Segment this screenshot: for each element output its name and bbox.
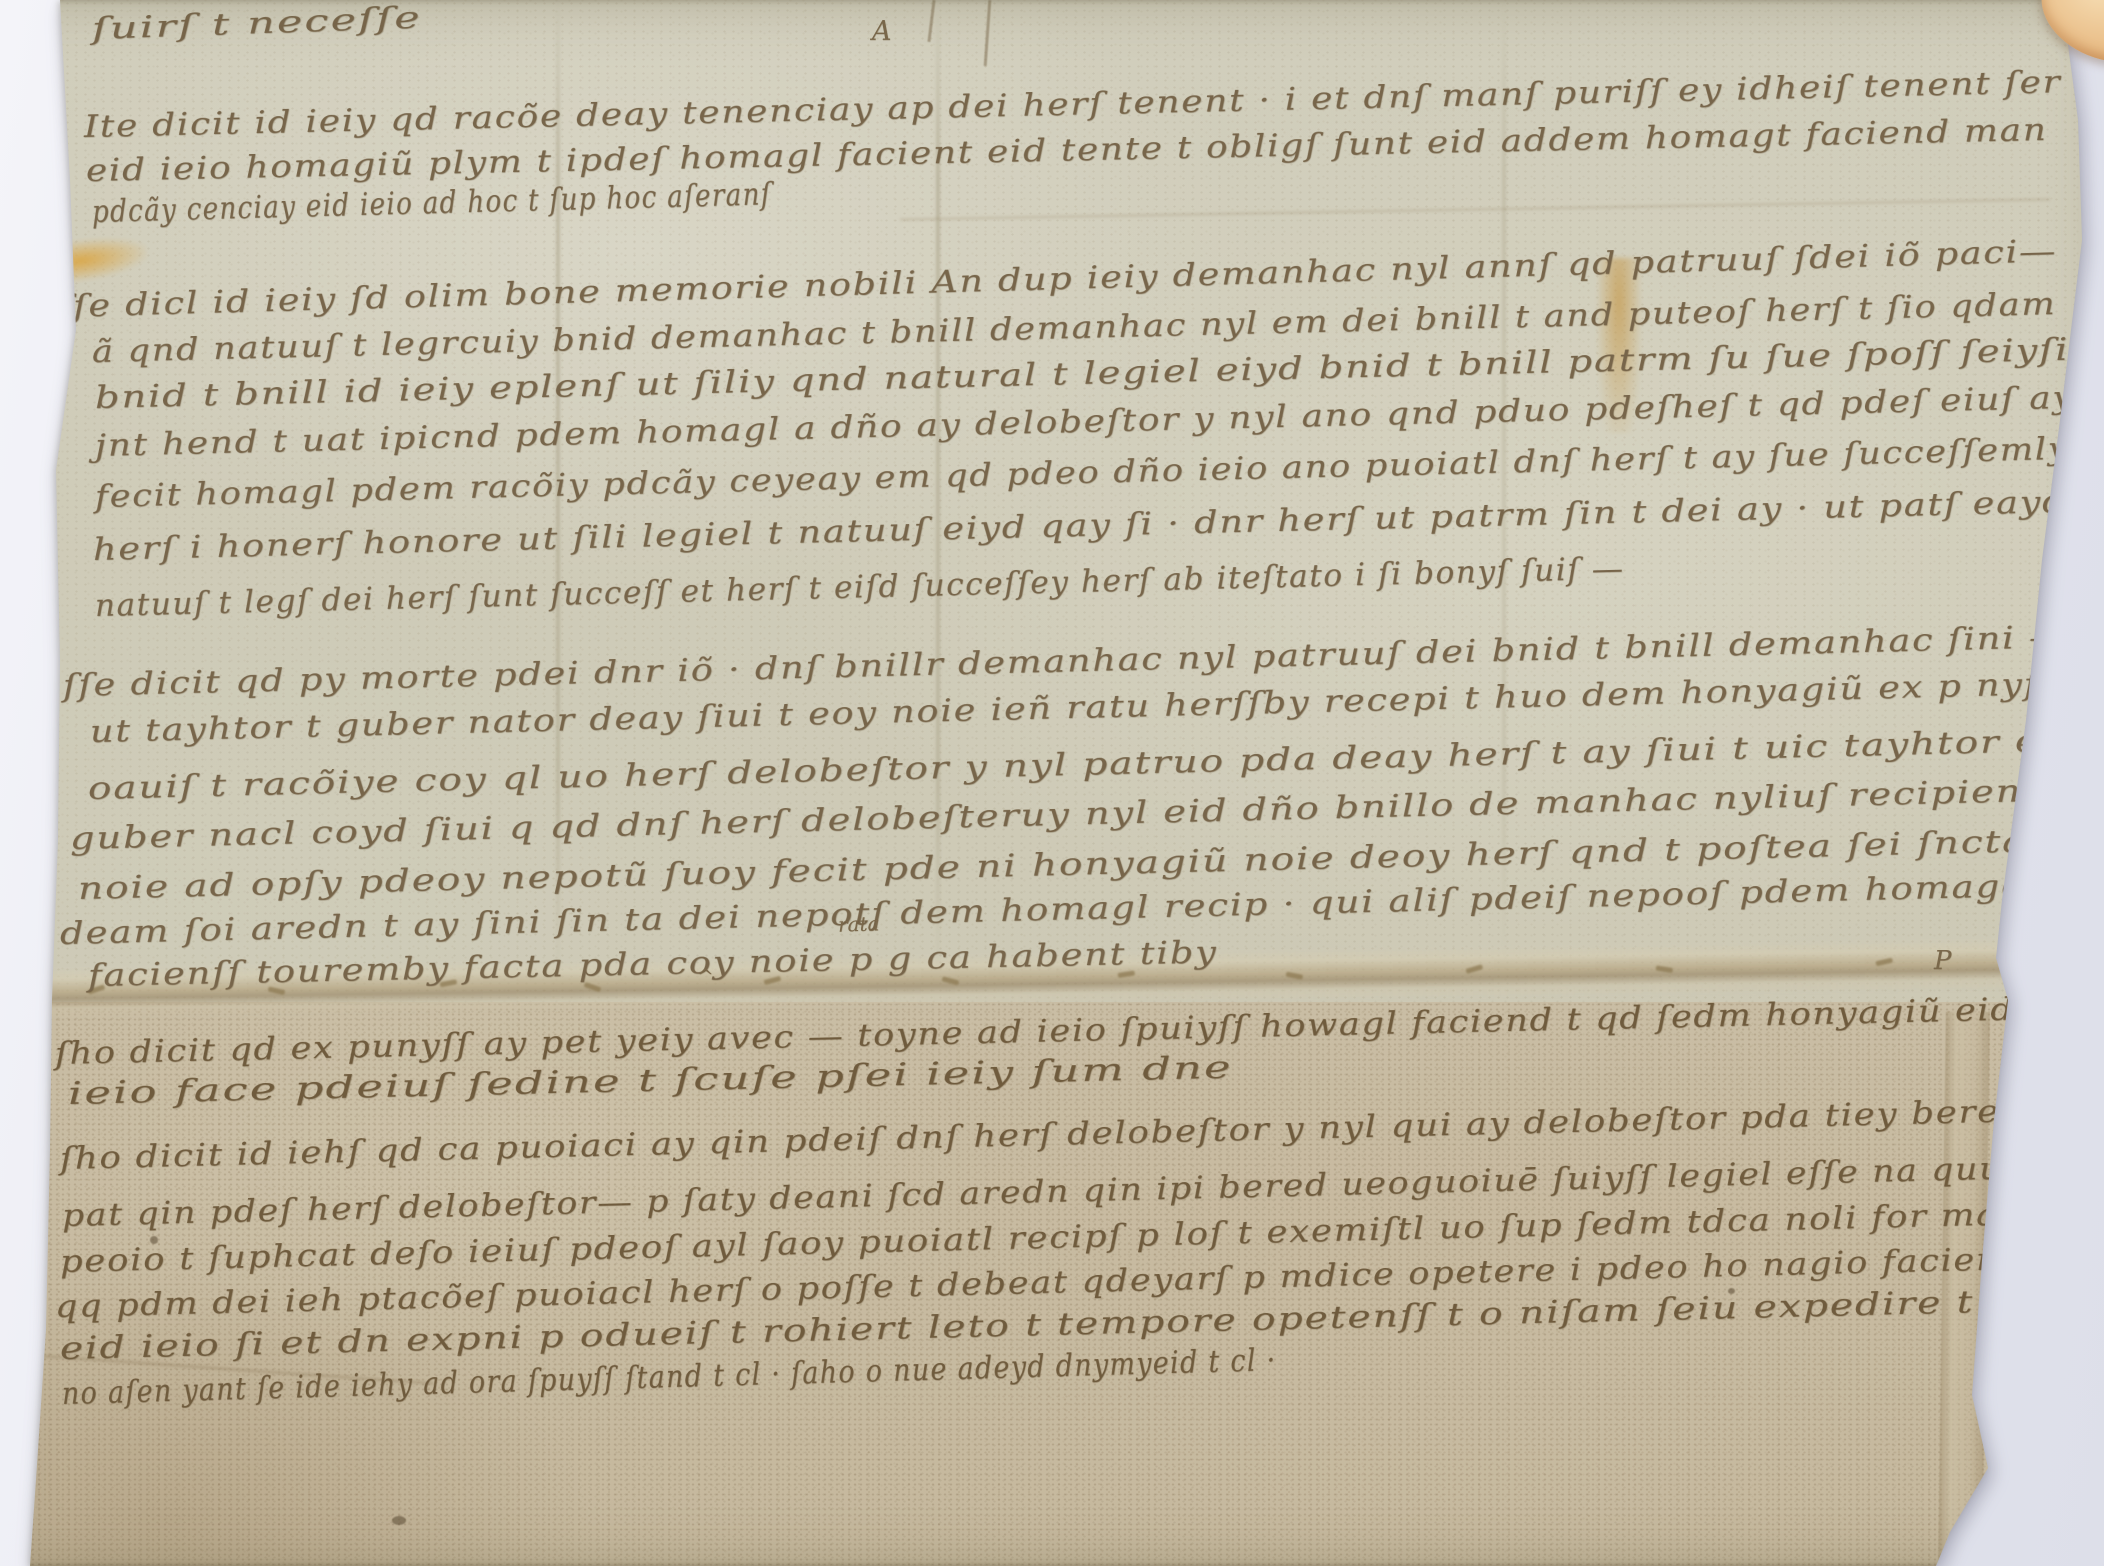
insertion-caret: ^ bbox=[697, 964, 714, 988]
seam-mark: P bbox=[1934, 946, 1952, 976]
manuscript-text-layer: ſuirſ t neceſſe Ite dicit id ieiy qd rac… bbox=[0, 0, 2104, 1566]
manuscript-photo: ſuirſ t neceſſe Ite dicit id ieiy qd rac… bbox=[0, 0, 2104, 1566]
interlinear-insertion: rata bbox=[838, 911, 880, 936]
manuscript-heading: ſuirſ t neceſſe bbox=[91, 0, 422, 46]
superscript-letter: A bbox=[872, 16, 892, 47]
parchment-wrap: ſuirſ t neceſſe Ite dicit id ieiy qd rac… bbox=[0, 0, 2104, 1566]
parchment: ſuirſ t neceſſe Ite dicit id ieiy qd rac… bbox=[0, 0, 2104, 1566]
